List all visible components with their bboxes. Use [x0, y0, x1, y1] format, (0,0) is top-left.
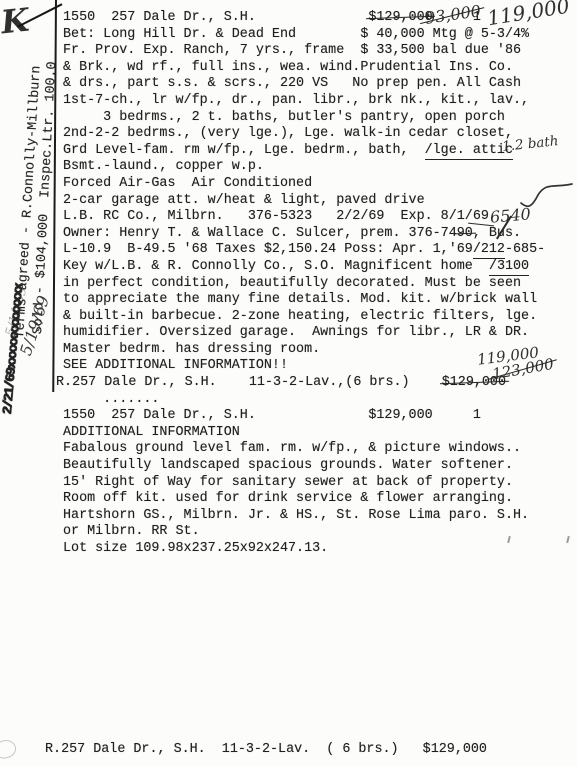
ink-blot: [0, 738, 18, 761]
text-segment: 3 bedrms., 2 t. baths, butler's pantry, …: [63, 110, 505, 125]
text-segment: -685-: [505, 242, 545, 257]
typed-line: 2nd-2-2 bedrms., (very lge.), Lge. walk-…: [63, 126, 545, 143]
text-segment: & Brk., wd rf., full ins., wea. wind.Pru…: [63, 60, 513, 75]
typed-line: SEE ADDITIONAL INFORMATION!!: [63, 358, 545, 375]
typed-line: Master bedrm. has dressing room.: [63, 342, 545, 359]
text-segment: 1550 257 Dale Dr., S.H.: [63, 10, 368, 25]
text-segment: 2nd-2-2 bedrms., (very lge.), Lge. walk-…: [63, 126, 513, 141]
typed-line: Forced Air-Gas Air Conditioned: [63, 176, 545, 193]
text-segment: 1st-7-ch., lr w/fp., dr., pan. libr., br…: [63, 93, 529, 108]
typed-line: Bsmt.-laund., copper w.p.: [63, 159, 545, 176]
typed-line: to appreciate the many fine details. Mod…: [63, 292, 545, 309]
footer-summary-line: R.257 Dale Dr., S.H. 11-3-2-Lav. ( 6 brs…: [45, 742, 487, 757]
text-segment: /lge. attic: [425, 143, 513, 160]
typed-line: & built-in barbecue. 2-zone heating, ele…: [63, 309, 545, 326]
typed-line: Bet: Long Hill Dr. & Dead End $ 40,000 M…: [63, 27, 545, 44]
text-segment: 15' Right of Way for sanitary sewer at b…: [63, 475, 513, 490]
typed-line: 1550 257 Dale Dr., S.H. $129,000 1: [63, 408, 545, 425]
text-segment: Bsmt.-laund., copper w.p.: [63, 159, 264, 174]
text-segment: SEE ADDITIONAL INFORMATION!!: [63, 358, 288, 373]
text-segment: /212: [473, 242, 505, 259]
typed-line: Fr. Prov. Exp. Ranch, 7 yrs., frame $ 33…: [63, 43, 545, 60]
typed-text-block: 1550 257 Dale Dr., S.H. $129,000 1Bet: L…: [63, 10, 545, 558]
typed-line: or Milbrn. RR St.: [63, 524, 545, 541]
text-segment: & drs., part s.s. & scrs., 220 VS No pre…: [63, 76, 521, 91]
typed-line: ADDITIONAL INFORMATION: [63, 425, 545, 442]
text-segment: Grd Level-fam. rm w/fp., Lge. bedrm., ba…: [63, 143, 425, 158]
typed-line: 3 bedrms., 2 t. baths, butler's pantry, …: [63, 110, 545, 127]
typed-line: humidifier. Oversized garage. Awnings fo…: [63, 325, 545, 342]
typed-line: & Brk., wd rf., full ins., wea. wind.Pru…: [63, 60, 545, 77]
text-segment: Lot size 109.98x237.25x92x247.13.: [63, 541, 328, 556]
text-segment: ADDITIONAL INFORMATION: [63, 425, 240, 440]
text-segment: Key w/L.B. & R. Connolly Co., S.O. Magni…: [63, 259, 489, 274]
text-segment: 2-car garage att. w/heat & light, paved …: [63, 193, 425, 208]
typed-line: Owner: Henry T. & Wallace C. Sulcer, pre…: [63, 226, 545, 243]
text-segment: Forced Air-Gas Air Conditioned: [63, 176, 312, 191]
typed-line: Lot size 109.98x237.25x92x247.13.: [63, 541, 545, 558]
text-segment: Master bedrm. has dressing room.: [63, 342, 320, 357]
typed-line: Room off kit. used for drink service & f…: [63, 491, 545, 508]
text-segment: to appreciate the many fine details. Mod…: [63, 292, 537, 307]
text-segment: Hartshorn GS., Milbrn. Jr. & HS., St. Ro…: [63, 508, 529, 523]
typed-line: & drs., part s.s. & scrs., 220 VS No pre…: [63, 76, 545, 93]
typed-line: 1st-7-ch., lr w/fp., dr., pan. libr., br…: [63, 93, 545, 110]
text-segment: /3100: [489, 259, 529, 276]
text-segment: Bet: Long Hill Dr. & Dead End $ 40,000 M…: [63, 27, 529, 42]
typed-line: Grd Level-fam. rm w/fp., Lge. bedrm., ba…: [63, 143, 545, 160]
text-segment: L.B. RC Co., Milbrn. 376-5323 2/2/69 Exp…: [63, 209, 489, 224]
text-segment: Beautifully landscaped spacious grounds.…: [63, 458, 513, 473]
typed-line: Beautifully landscaped spacious grounds.…: [63, 458, 545, 475]
text-segment: .......: [63, 392, 159, 407]
typed-line: Fabalous ground level fam. rm. w/fp., & …: [63, 441, 545, 458]
typed-line: R.257 Dale Dr., S.H. 11-3-2-Lav.,(6 brs.…: [56, 375, 545, 392]
stray-mark: [566, 536, 570, 543]
text-segment: & built-in barbecue. 2-zone heating, ele…: [63, 309, 537, 324]
text-segment: humidifier. Oversized garage. Awnings fo…: [63, 325, 529, 340]
text-segment: L-10.9 B-49.5 '68 Taxes $2,150.24 Poss: …: [63, 242, 473, 257]
text-segment: or Milbrn. RR St.: [63, 524, 200, 539]
typed-line: .......: [63, 392, 545, 409]
typed-line: L-10.9 B-49.5 '68 Taxes $2,150.24 Poss: …: [63, 242, 545, 259]
text-segment: Room off kit. used for drink service & f…: [63, 491, 513, 506]
scanned-listing-card: { "card1": { "lines": [ {"segs":[{"t":"1…: [0, 0, 577, 766]
typed-line: Hartshorn GS., Milbrn. Jr. & HS., St. Ro…: [63, 508, 545, 525]
text-segment: in perfect condition, beautifully decora…: [63, 276, 521, 291]
typed-line: Key w/L.B. & R. Connolly Co., S.O. Magni…: [63, 259, 545, 276]
text-segment: 1550 257 Dale Dr., S.H. $129,000 1: [63, 408, 481, 423]
text-segment: R.257 Dale Dr., S.H. 11-3-2-Lav.,(6 brs.…: [56, 375, 442, 390]
text-segment: Fr. Prov. Exp. Ranch, 7 yrs., frame $ 33…: [63, 43, 521, 58]
typed-line: in perfect condition, beautifully decora…: [63, 276, 545, 293]
typed-line: 15' Right of Way for sanitary sewer at b…: [63, 475, 545, 492]
text-segment: Owner: Henry T. & Wallace C. Sulcer, pre…: [63, 226, 457, 241]
typed-line: 2-car garage att. w/heat & light, paved …: [63, 193, 545, 210]
text-segment: Fabalous ground level fam. rm. w/fp., & …: [63, 441, 521, 456]
text-segment: 90: [457, 226, 473, 241]
